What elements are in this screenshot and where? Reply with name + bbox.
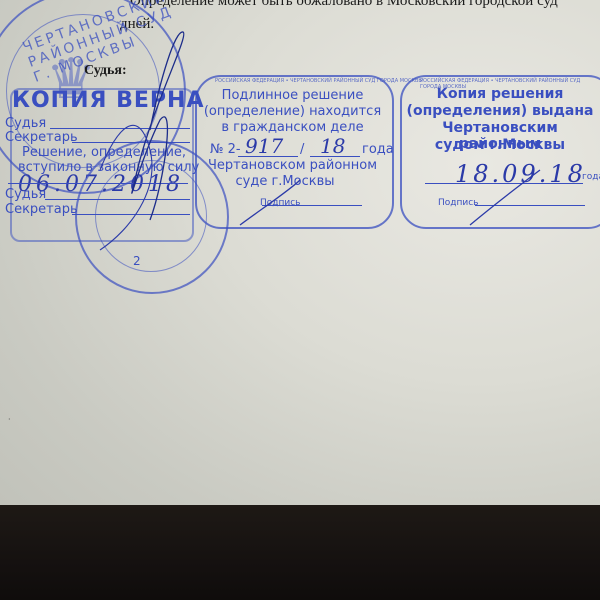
copy-true-title: КОПИЯ ВЕРНА (12, 88, 204, 113)
issued-line4: судом г.Москвы (400, 137, 600, 153)
desk-surface (0, 505, 600, 600)
original-stamp-border-text: РОССИЙСКАЯ ФЕДЕРАЦИЯ • ЧЕРТАНОВСКИЙ РАЙО… (215, 78, 423, 84)
issued-signature-label: Подпись (438, 198, 478, 208)
original-line5: суде г.Москвы (195, 174, 375, 189)
copy-judge2-label: Судья (5, 187, 46, 202)
document-page: Определение может быть обжаловано в Моск… (0, 0, 600, 545)
copy-judge-label: Судья (5, 116, 46, 131)
case-prefix: № 2- (210, 142, 241, 157)
original-line1: Подлинное решение (195, 88, 390, 103)
judge-label: Судья: (84, 63, 127, 79)
original-signature-label: Подпись (260, 198, 300, 208)
seal-number: 2 (133, 254, 141, 268)
original-year-suffix: года (362, 142, 394, 157)
appeal-text: Определение может быть обжаловано в Моск… (130, 0, 558, 10)
copy-secretary-label: Секретарь (5, 130, 78, 145)
paper-speck: · (8, 415, 11, 424)
case-number: 917 (245, 134, 283, 158)
case-year: 18 (320, 134, 345, 158)
original-line3: в гражданском деле (195, 120, 390, 135)
original-line4: Чертановском районном (195, 158, 390, 173)
issued-line2: (определения) выдана (400, 103, 600, 119)
issued-year-suffix: года (582, 172, 600, 182)
issued-line1: Копия решения (400, 86, 600, 102)
original-line2: (определение) находится (195, 104, 390, 119)
copy-secretary2-label: Секретарь (5, 202, 78, 217)
